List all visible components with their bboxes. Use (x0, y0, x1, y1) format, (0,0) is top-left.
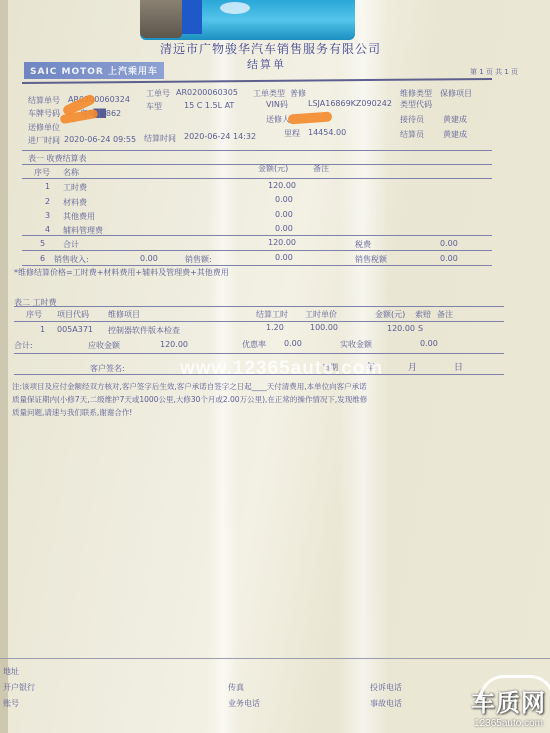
table1-header-name: 名称 (63, 167, 79, 178)
table2-header-item: 维修项目 (108, 309, 140, 320)
lighter-cap (140, 0, 182, 38)
address-label: 地址 (3, 666, 19, 677)
sales-tax-label: 销售税额 (355, 254, 387, 265)
table2-header-claim: 索赔 (415, 309, 431, 320)
customer-sign-label: 客户签名: (90, 363, 125, 374)
table2-row-amount: 120.00 (387, 324, 415, 333)
car-arc-icon (479, 675, 550, 700)
page-info: 第 1 页 共 1 页 (470, 67, 518, 77)
table1-top-border (22, 150, 492, 151)
discount: 0.00 (284, 339, 302, 348)
table2-total-label: 合计: (14, 340, 33, 351)
brand-logo: SAIC MOTOR 上汽乘用车 (24, 62, 164, 79)
settler: 黄建成 (443, 129, 467, 140)
table2-header-remark: 备注 (437, 309, 453, 320)
table2-header-hours: 结算工时 (256, 309, 288, 320)
accident-phone-label: 事故电话 (370, 698, 402, 709)
table2-row-claim: S (418, 324, 423, 333)
table2-bottom-border (14, 353, 504, 354)
settler-label: 结算员 (400, 129, 424, 140)
actual-label: 实收金额 (340, 339, 372, 350)
sales-income: 0.00 (140, 254, 158, 263)
lighter-logo (220, 2, 250, 14)
table2-header-no: 序号 (26, 309, 42, 320)
receivable: 120.00 (160, 340, 188, 349)
table1-row-amount: 0.00 (275, 224, 293, 233)
settle-time-label: 结算时间 (144, 133, 176, 144)
document-title: 结算单 (247, 56, 286, 72)
table2-row-rate: 100.00 (310, 323, 338, 332)
account-label: 账号 (3, 698, 19, 709)
table1-row-name: 工时费 (63, 182, 87, 193)
table1-row-amount: 0.00 (275, 195, 293, 204)
table1-tax-amount: 0.00 (440, 239, 458, 248)
plate-label: 车牌号码 (28, 108, 60, 119)
type-code-label: 类型代码 (400, 99, 432, 110)
table1-row-no: 2 (45, 197, 50, 206)
receiver: 黄建成 (443, 114, 467, 125)
table1-row-name: 材料费 (63, 197, 87, 208)
work-type: 普修 (290, 88, 306, 99)
mileage: 14454.00 (308, 128, 346, 137)
table1-sales-no: 6 (40, 254, 45, 263)
table1-row-no: 4 (45, 225, 50, 234)
vin: LSJA16869KZ090242 (308, 99, 392, 108)
table2-row-hours: 1.20 (266, 323, 284, 332)
site-logo-url: 12365auto.com (471, 718, 546, 729)
site-logo: 车质网 12365auto.com (471, 683, 546, 729)
table1-row-name: 其他费用 (63, 211, 95, 222)
actual: 0.00 (420, 339, 438, 348)
note-line-1: 注:该项目及应付金额经双方核对,客户签字后生效,客户承诺自签字之日起____天付… (12, 381, 367, 392)
table1-row-amount: 120.00 (268, 181, 296, 190)
repair-type: 保修项目 (440, 88, 472, 99)
mileage-label: 里程 (284, 128, 300, 139)
enter-time: 2020-06-24 09:55 (64, 135, 136, 144)
complaint-phone-label: 投诉电话 (370, 682, 402, 693)
table2-row-no: 1 (40, 325, 45, 334)
table1-header-bottom (22, 178, 492, 179)
fax-label: 传真 (228, 682, 244, 693)
table1-row-no: 1 (45, 182, 50, 191)
table1-total-no: 5 (40, 239, 45, 248)
day-label: 日 (454, 360, 463, 373)
lighter-object (140, 0, 355, 40)
table1-total-border (22, 250, 492, 251)
table2-row-item: 控制器软件版本检查 (108, 325, 180, 336)
receivable-label: 应收金额 (88, 340, 120, 351)
work-order-label: 工单号 (146, 88, 170, 99)
table1-total-label: 合计 (63, 239, 79, 250)
table2-header-code: 项目代码 (57, 309, 89, 320)
enter-time-label: 进厂时间 (28, 135, 60, 146)
table1-header-border (22, 164, 492, 165)
sales-amount: 0.00 (275, 253, 293, 262)
settle-time: 2020-06-24 14:32 (184, 132, 256, 141)
table1-tax-label: 税费 (355, 239, 371, 250)
watermark-url: www.12365auto.com (180, 358, 383, 380)
table2-top-border (14, 306, 504, 307)
note-line-2: 质量保证期内(小修7天,二级维护7天或1000公里,大修30个月或2.00万公里… (12, 394, 367, 405)
work-type-label: 工单类型 (253, 88, 285, 99)
table2-header-amount: 金额(元) (375, 309, 405, 320)
table2-header-rate: 工时单价 (305, 309, 337, 320)
repair-type-label: 维修类型 (400, 88, 432, 99)
table1-total-amount: 120.00 (268, 238, 296, 247)
payer-label: 送修单位 (28, 122, 60, 133)
receiver-label: 接待员 (400, 114, 424, 125)
vin-label: VIN码 (266, 99, 288, 110)
table1-bottom-border (22, 265, 492, 266)
lighter-button (182, 0, 202, 34)
note-line-3: 质量问题,请速与我们联系,谢谢合作! (12, 407, 132, 418)
business-phone-label: 业务电话 (228, 698, 260, 709)
model-label: 车型 (146, 101, 162, 112)
price-formula: *维修结算价格=工时费+材料费用+辅料及管理费+其他费用 (14, 267, 229, 278)
table1-header-amount: 金额(元) (258, 163, 288, 174)
table1-title: 表一 收费结算表 (28, 153, 87, 164)
table2-header-border (14, 321, 504, 322)
sales-tax: 0.00 (440, 254, 458, 263)
sender-label: 送修人 (266, 114, 290, 125)
bank-label: 开户银行 (3, 682, 35, 693)
table2-row-code: 005A371 (57, 325, 93, 334)
sales-income-label: 销售收入: (54, 254, 89, 265)
work-order: AR0200060305 (176, 88, 238, 97)
company-name: 清远市广物骏华汽车销售服务有限公司 (160, 40, 381, 57)
sales-amount-label: 销售额: (185, 254, 212, 265)
discount-label: 优惠率 (242, 339, 266, 350)
settlement-no-label: 结算单号 (28, 95, 60, 106)
footer-divider (0, 658, 550, 659)
month-label: 月 (408, 360, 417, 373)
table1-header-remark: 备注 (313, 163, 329, 174)
table1-row-no: 3 (45, 211, 50, 220)
table1-subtotal-border (22, 235, 492, 236)
table1-row-amount: 0.00 (275, 210, 293, 219)
signature-divider (14, 374, 504, 375)
model: 15 C 1.5L AT (184, 101, 234, 110)
table1-header-no: 序号 (34, 167, 50, 178)
